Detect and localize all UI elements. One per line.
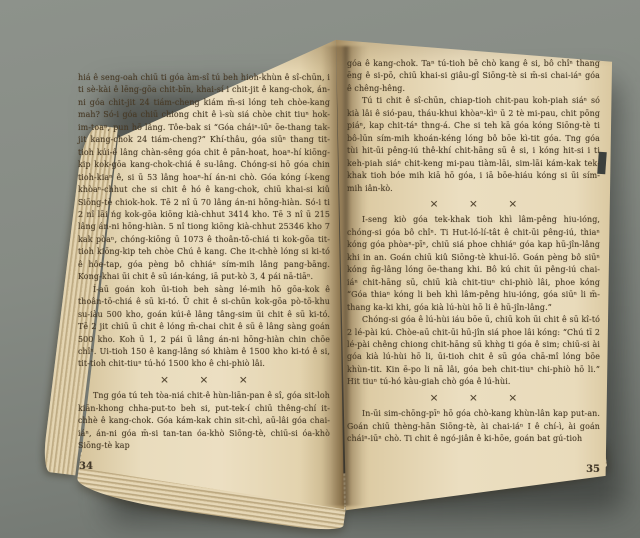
page-number-left: 34 bbox=[79, 461, 93, 472]
page-text-right: góa ê kang-chok. Taⁿ tú-tioh bē chò kang… bbox=[347, 58, 600, 446]
paragraph: Í-aū goán koh ūi-tioh beh sàng lé-mih hō… bbox=[78, 284, 330, 371]
paragraph: In-ūi sim-chōng-pīⁿ hō góa chò-kang khùn… bbox=[347, 408, 600, 445]
paragraph: hiá ê seng-oah chiū ti góa àm-sî tú beh … bbox=[78, 72, 330, 284]
paragraph: Tú ti chit ê sî-chūn, chiap-tioh chit-pa… bbox=[347, 95, 600, 195]
paragraph: Chóng-si góa ê lú-hùi iáu bōe ū, chiū ko… bbox=[347, 314, 600, 389]
page-number-right: 35 bbox=[540, 464, 600, 475]
paragraph: I-seng kiò góa tek-khak tioh khì lâm-pên… bbox=[347, 214, 600, 314]
section-separator: × × × bbox=[78, 374, 330, 386]
paragraph: góa ê kang-chok. Taⁿ tú-tioh bē chò kang… bbox=[347, 58, 600, 95]
section-separator: × × × bbox=[347, 392, 600, 404]
page-text-left: hiá ê seng-oah chiū ti góa àm-sî tú beh … bbox=[78, 72, 330, 453]
paragraph: Tng góa tú teh tòa-niá chit-ê hùn-liān-p… bbox=[78, 390, 330, 452]
open-book: hiá ê seng-oah chiū ti góa àm-sî tú beh … bbox=[0, 0, 640, 538]
section-separator: × × × bbox=[347, 198, 600, 210]
photo-background: hiá ê seng-oah chiū ti góa àm-sî tú beh … bbox=[0, 0, 640, 538]
